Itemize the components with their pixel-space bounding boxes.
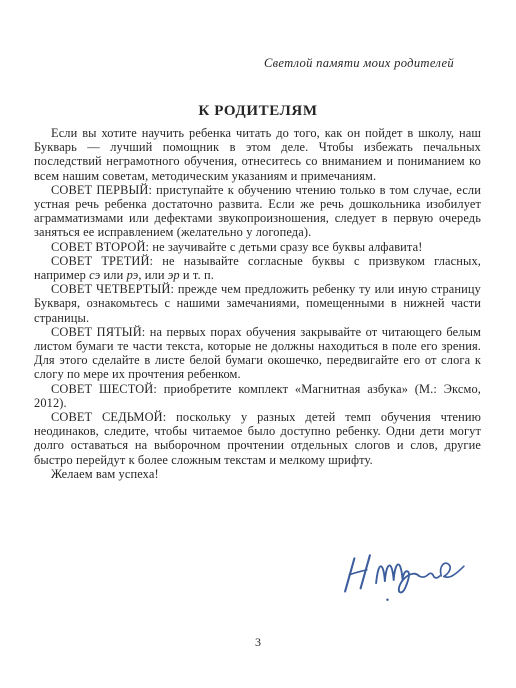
paragraph-2: СОВЕТ ПЕРВЫЙ: приступайте к обучению чте… [34, 183, 481, 240]
paragraph-3: СОВЕТ ВТОРОЙ: не заучивайте с детьми сра… [34, 240, 481, 254]
paragraph-8: СОВЕТ СЕДЬМОЙ: поскольку у разных детей … [34, 410, 481, 467]
paragraph-9: Желаем вам успеха! [34, 467, 481, 481]
paragraph-6: СОВЕТ ПЯТЫЙ: на первых порах обучения за… [34, 325, 481, 382]
page-number: 3 [0, 635, 516, 650]
body-text: Если вы хотите научить ребенка читать до… [34, 126, 481, 481]
paragraph-1: Если вы хотите научить ребенка читать до… [34, 126, 481, 183]
section-title: К РОДИТЕЛЯМ [0, 103, 516, 120]
paragraph-7: СОВЕТ ШЕСТОЙ: приобретите комплект «Магн… [34, 382, 481, 410]
signature [342, 551, 466, 603]
paragraph-4: СОВЕТ ТРЕТИЙ: не называйте согласные бук… [34, 254, 481, 282]
paragraph-5: СОВЕТ ЧЕТВЕРТЫЙ: прежде чем предложить р… [34, 282, 481, 325]
signature-handwriting-icon [342, 551, 466, 603]
book-page: Светлой памяти моих родителей К РОДИТЕЛЯ… [0, 0, 516, 688]
epigraph: Светлой памяти моих родителей [0, 56, 454, 71]
